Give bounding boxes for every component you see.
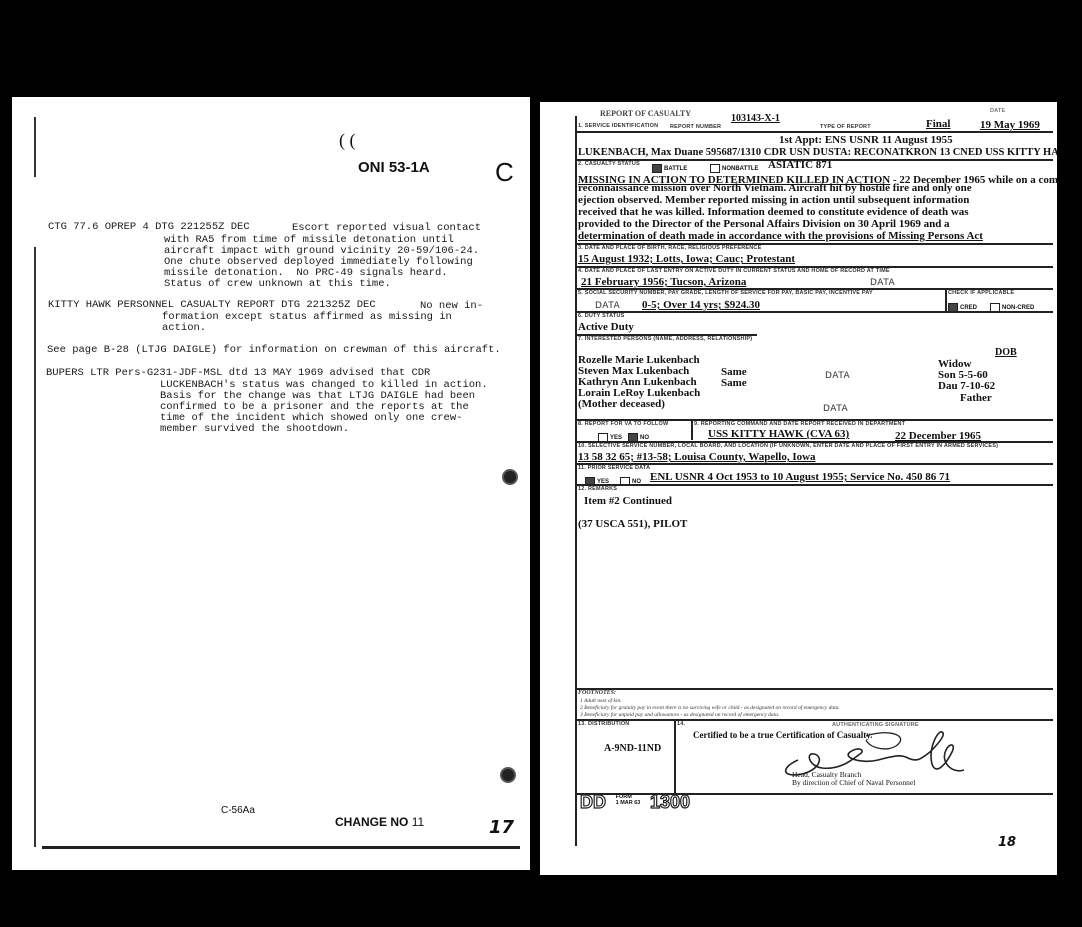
punch-hole	[502, 469, 518, 485]
rule	[577, 311, 1053, 313]
form-code: C-56Aa	[221, 805, 255, 816]
pay-value: 0-5; Over 14 yrs; $924.30	[642, 299, 760, 311]
form-border-left	[575, 116, 577, 846]
narrative-line: provided to the Director of the Personal…	[578, 218, 950, 230]
reporting-command: USS KITTY HAWK (CVA 63)	[708, 428, 849, 440]
rule	[577, 719, 1053, 721]
label-interested-persons: 7. INTERESTED PERSONS (NAME, ADDRESS, RE…	[578, 336, 752, 342]
header-marks: ( (	[339, 130, 356, 151]
margin-rule	[34, 117, 36, 177]
footnote: 1 Adult next of kin.	[580, 698, 622, 704]
label-prior-service: 11. PRIOR SERVICE DATA	[578, 465, 650, 471]
duty-status-value: Active Duty	[578, 321, 634, 333]
selective-service-value: 13 58 32 65; #13-58; Louisa County, Wape…	[578, 451, 816, 463]
report-date: 19 May 1969	[980, 119, 1040, 131]
rule	[577, 484, 1053, 486]
label-ssn-pay: 5. SOCIAL SECURITY NUMBER, PAY GRADE, LE…	[578, 290, 873, 296]
person-address: Same	[721, 377, 747, 389]
dd-label: DD	[580, 792, 606, 812]
yes-label: YES	[610, 435, 622, 441]
form-title: REPORT OF CASUALTY	[600, 109, 691, 118]
label-type: TYPE OF REPORT	[820, 124, 871, 130]
redaction-stamp: DATA	[870, 278, 895, 288]
rule	[577, 131, 1053, 133]
vrule	[691, 419, 693, 440]
cred-label: CRED	[960, 305, 977, 311]
left-page-onis-53-1a: ( ( ONI 53-1A C CTG 77.6 OPREP 4 DTG 221…	[12, 97, 530, 870]
entry-heading: CTG 77.6 OPREP 4 DTG 221255Z DEC	[48, 222, 250, 234]
redaction-stamp: DATA	[595, 301, 620, 311]
label-auth-signature: AUTHENTICATING SIGNATURE	[832, 722, 919, 728]
dob-header: DOB	[995, 347, 1017, 359]
label-date: DATE	[990, 108, 1005, 114]
label-certification: 14.	[677, 721, 685, 727]
narrative-line: ejection observed. Member reported missi…	[578, 194, 969, 206]
form-date: 1 MAR 63	[616, 800, 641, 806]
punch-hole	[500, 767, 516, 783]
footnotes-label: FOOTNOTES:	[578, 690, 616, 696]
noncred-checkbox[interactable]: NON-CRED	[990, 299, 1040, 317]
label-selective-service: 10. SELECTIVE SERVICE NUMBER, LOCAL BOAR…	[578, 443, 998, 449]
dd-form-number: DD FORM 1 MAR 63 1300	[580, 792, 690, 813]
page-number: 17	[489, 817, 514, 838]
person-relationship: Dau 7-10-62	[938, 380, 995, 392]
entry-lead: Escort reported visual contact	[292, 223, 481, 235]
entry-heading: See page B-28 (LTJG DAIGLE) for informat…	[47, 345, 501, 357]
birth-value: 15 August 1932; Lotts, Iowa; Cauc; Prote…	[578, 253, 795, 265]
prior-service-value: ENL USNR 4 Oct 1953 to 10 August 1955; S…	[650, 471, 950, 483]
redaction-stamp: DATA	[825, 371, 850, 381]
last-entry-value: 21 February 1956; Tucson, Arizona	[581, 276, 746, 288]
prior-no-checkbox[interactable]: NO	[620, 473, 647, 491]
label-report-follow: 8. REPORT FOR VA TO FOLLOW	[578, 421, 668, 427]
signer-authority: By direction of Chief of Naval Personnel	[792, 777, 915, 789]
entry-heading: BUPERS LTR Pers-G231-JDF-MSL dtd 13 MAY …	[46, 368, 430, 380]
person-relationship: Father	[960, 392, 992, 404]
corner-mark: C	[495, 157, 514, 188]
footer-rule	[42, 846, 520, 849]
label-birth: 3. DATE AND PLACE OF BIRTH, RACE, RELIGI…	[578, 245, 761, 251]
first-appointment: 1st Appt: ENS USNR 11 August 1955	[779, 134, 953, 146]
report-number: 103143-X-1	[731, 113, 780, 125]
change-label: CHANGE NO	[335, 815, 408, 829]
narrative-line: reconnaissance mission over North Vietna…	[578, 182, 972, 194]
margin-rule	[34, 247, 36, 847]
form-number: 1300	[650, 792, 690, 812]
label-remarks: 12. REMARKS	[578, 486, 617, 492]
doc-id: ONI 53-1A	[358, 159, 430, 176]
rule	[577, 688, 1053, 690]
label-last-entry: 4. DATE AND PLACE OF LAST ENTRY ON ACTIV…	[578, 268, 890, 274]
change-notice: CHANGE NO 11	[335, 815, 424, 829]
label-distribution: 13. DISTRIBUTION	[578, 721, 629, 727]
footnote: 2 Beneficiary for gratuity pay in event …	[580, 705, 840, 711]
noncred-label: NON-CRED	[1002, 305, 1034, 311]
vrule	[674, 719, 676, 794]
entry-line: member survived the shootdown.	[160, 424, 349, 436]
entry-line: action.	[162, 323, 206, 335]
redaction-stamp: DATA	[823, 404, 848, 414]
label-casualty-status: 2. CASUALTY STATUS	[578, 161, 640, 167]
person-name: (Mother deceased)	[578, 398, 665, 410]
page-number: 18	[998, 835, 1016, 850]
distribution-value: A-9ND-11ND	[604, 743, 661, 755]
label-duty-status: 6. DUTY STATUS	[578, 313, 625, 319]
vrule	[945, 288, 947, 311]
label-report-number: REPORT NUMBER	[670, 124, 721, 130]
label-reporting: 9. REPORTING COMMAND AND DATE REPORT REC…	[694, 421, 905, 427]
remarks-line: (37 USCA 551), PILOT	[578, 518, 687, 530]
entry-heading: KITTY HAWK PERSONNEL CASUALTY REPORT DTG…	[48, 300, 376, 312]
right-page-report-of-casualty: REPORT OF CASUALTY 1. SERVICE IDENTIFICA…	[540, 102, 1057, 875]
narrative-line: determination of death made in accordanc…	[578, 230, 983, 242]
label-service-id: 1. SERVICE IDENTIFICATION	[578, 123, 658, 129]
change-number: 11	[412, 815, 424, 829]
footnote: 3 Beneficiary for unpaid pay and allowan…	[580, 712, 779, 718]
narrative-line: received that he was killed. Information…	[578, 206, 969, 218]
report-type: Final	[926, 118, 950, 130]
remarks-line: Item #2 Continued	[584, 495, 672, 507]
cred-checkbox[interactable]: CRED	[948, 299, 983, 317]
no-label: NO	[640, 435, 649, 441]
member-identification: LUKENBACH, Max Duane 595687/1310 CDR USN…	[578, 147, 1057, 159]
label-check-applicable: CHECK IF APPLICABLE	[948, 290, 1014, 296]
entry-line: Status of crew unknown at this time.	[164, 279, 391, 291]
